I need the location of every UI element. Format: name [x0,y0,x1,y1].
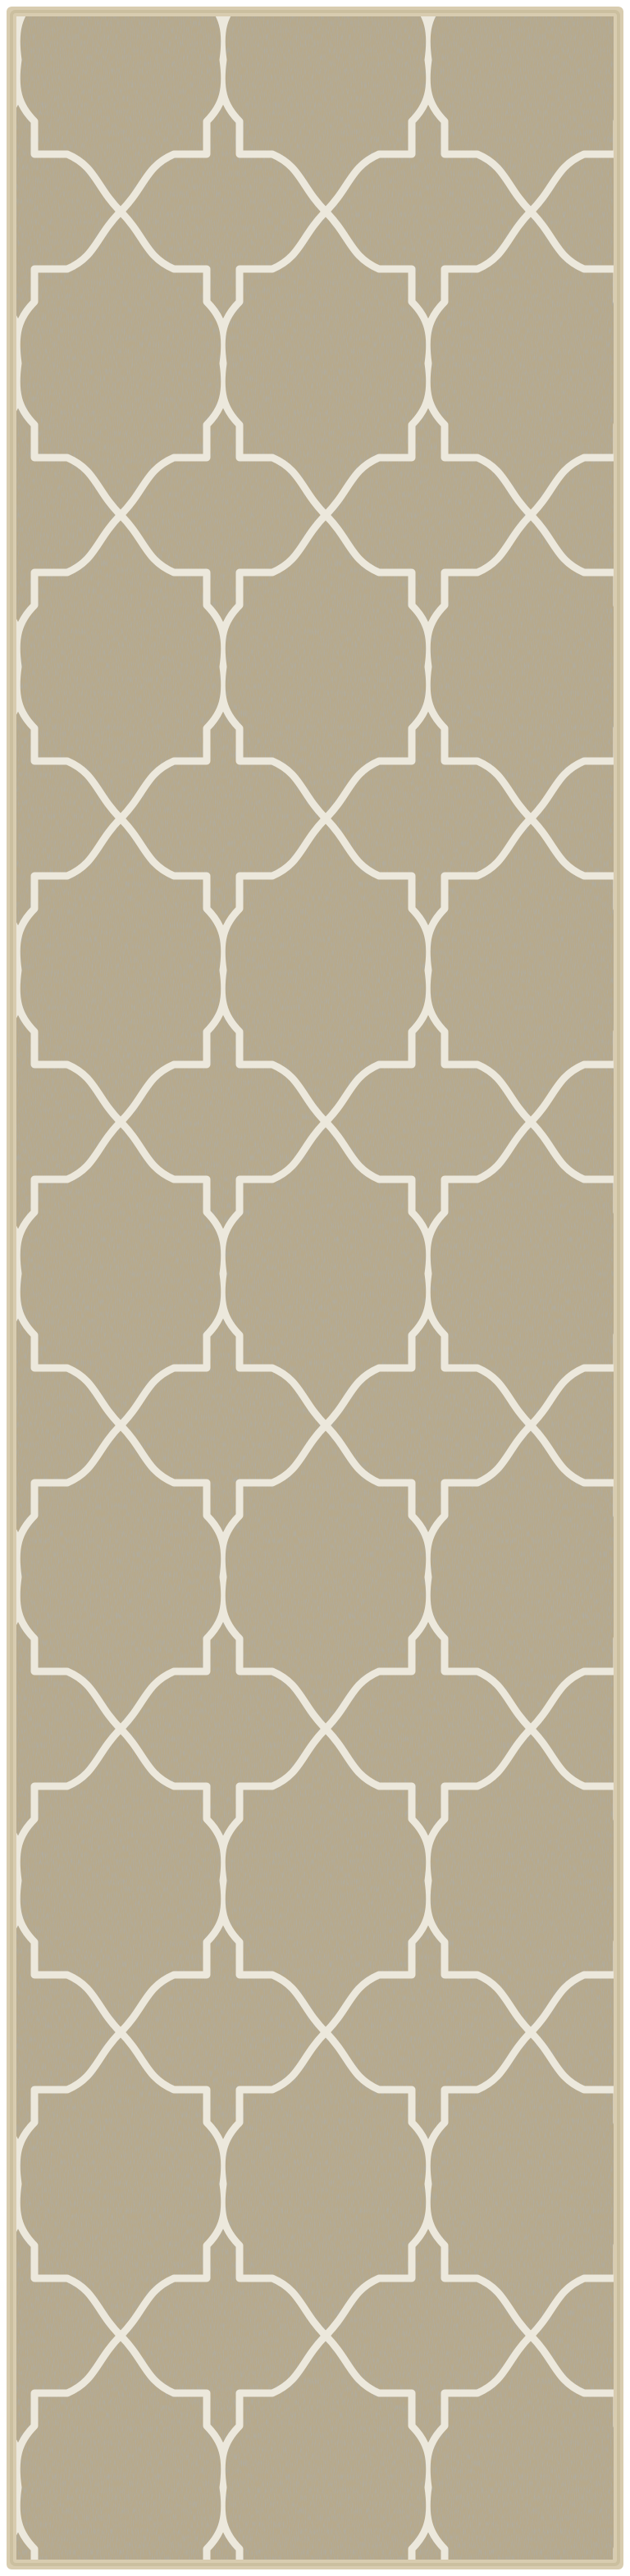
runner-rug [7,7,623,2569]
trellis-pattern [7,7,623,2569]
